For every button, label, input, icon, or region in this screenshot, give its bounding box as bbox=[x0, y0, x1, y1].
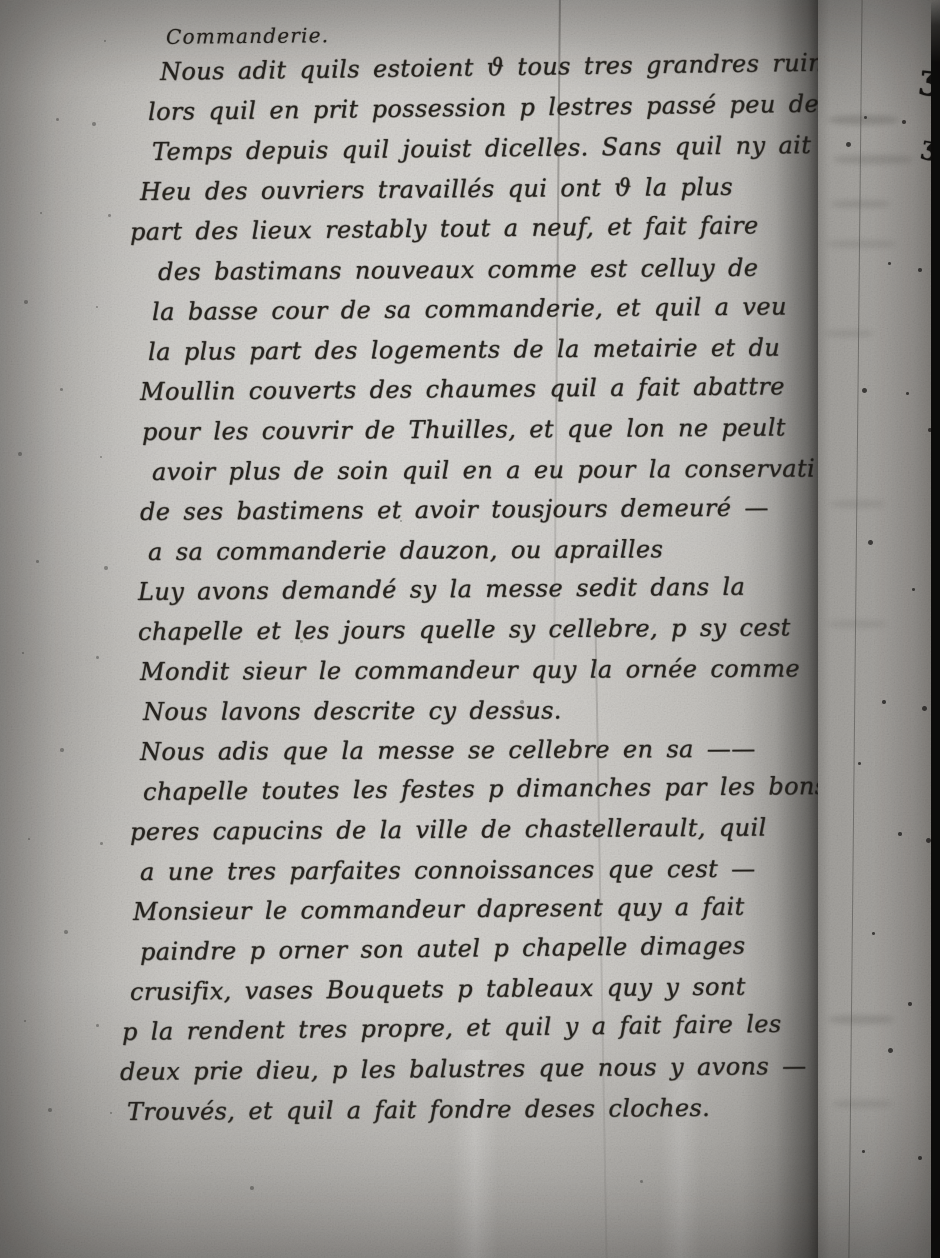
ink-speck bbox=[918, 268, 922, 272]
manuscript-line: la basse cour de sa commanderie, et quil… bbox=[152, 294, 787, 324]
manuscript-line: Nous adit quils estoient ϑ tous tres gra… bbox=[160, 50, 852, 84]
manuscript-line: peres capucins de la ville de chasteller… bbox=[130, 816, 767, 844]
manuscript-line: Nous adis que la messe se cellebre en sa… bbox=[140, 737, 756, 764]
bleedthrough-smudge bbox=[824, 330, 874, 337]
manuscript-line: Nous lavons descrite cy dessus. bbox=[143, 699, 562, 724]
bleedthrough-smudge bbox=[828, 115, 898, 125]
ink-speck bbox=[882, 700, 886, 704]
bleedthrough-smudge bbox=[828, 1015, 894, 1024]
ink-speck bbox=[888, 1048, 893, 1053]
manuscript-line: part des lieux restably tout a neuf, et … bbox=[130, 213, 759, 244]
manuscript-line: lors quil en prit possession p lestres p… bbox=[148, 92, 819, 124]
adjacent-page-edge: ʒ ʒ bbox=[818, 0, 940, 1258]
manuscript-line: des bastimans nouveaux comme est celluy … bbox=[158, 256, 759, 284]
ink-speck bbox=[888, 262, 891, 265]
bleedthrough-smudge bbox=[827, 620, 887, 628]
ink-speck bbox=[918, 1156, 922, 1160]
manuscript-line: Temps depuis quil jouist dicelles. Sans … bbox=[152, 133, 811, 164]
manuscript-line: la plus part des logements de la metairi… bbox=[148, 336, 780, 364]
ink-speck bbox=[912, 588, 915, 591]
ink-speck bbox=[862, 388, 867, 393]
bleedthrough-smudge bbox=[826, 240, 896, 248]
manuscript-line: chapelle toutes les festes p dimanches p… bbox=[143, 774, 828, 804]
ink-speck bbox=[908, 1002, 912, 1006]
paper-crack-line bbox=[848, 0, 862, 1258]
manuscript-photo: Commanderie. Nous adit quils estoient ϑ … bbox=[0, 0, 940, 1258]
manuscript-line: Luy avons demandé sy la messe sedit dans… bbox=[138, 575, 745, 604]
manuscript-line: crusifix, vases Bouquets p tableaux quy … bbox=[130, 975, 746, 1004]
ink-speck bbox=[868, 540, 873, 545]
manuscript-line: Trouvés, et quil a fait fondre deses clo… bbox=[127, 1096, 710, 1124]
ink-speck bbox=[898, 832, 902, 836]
ink-speck bbox=[922, 706, 927, 711]
manuscript-line: p la rendent tres propre, et quil y a fa… bbox=[122, 1012, 782, 1044]
manuscript-line: de ses bastimens et avoir tousjours deme… bbox=[140, 496, 769, 524]
manuscript-line: pour les couvrir de Thuilles, et que lon… bbox=[142, 416, 786, 444]
bleedthrough-smudge bbox=[832, 1100, 892, 1108]
manuscript-line: deux prie dieu, p les balustres que nous… bbox=[120, 1054, 807, 1084]
manuscript-line: Mondit sieur le commandeur quy la ornée … bbox=[140, 657, 800, 684]
ink-speck bbox=[906, 392, 909, 395]
bleedthrough-smudge bbox=[833, 155, 913, 164]
manuscript-line: Heu des ouvriers travaillés qui ont ϑ la… bbox=[140, 175, 733, 204]
bleedthrough-smudge bbox=[830, 200, 890, 208]
ink-speck bbox=[872, 932, 875, 935]
manuscript-line: chapelle et les jours quelle sy cellebre… bbox=[138, 615, 791, 644]
manuscript-line: avoir plus de soin quil en a eu pour la … bbox=[152, 457, 815, 484]
ink-speck bbox=[858, 762, 861, 765]
manuscript-line: Moullin couverts des chaumes quil a fait… bbox=[140, 374, 785, 404]
ink-speck bbox=[862, 1150, 865, 1153]
manuscript-line: paindre p orner son autel p chapelle dim… bbox=[140, 934, 746, 964]
ink-speck bbox=[846, 142, 851, 147]
manuscript-line: Monsieur le commandeur dapresent quy a f… bbox=[133, 895, 745, 924]
photo-right-edge bbox=[931, 0, 940, 1258]
manuscript-line: a une tres parfaites connoissances que c… bbox=[140, 857, 756, 884]
manuscript-text: Nous adit quils estoient ϑ tous tres gra… bbox=[0, 0, 940, 1258]
bleedthrough-smudge bbox=[830, 500, 885, 508]
ink-speck bbox=[902, 120, 906, 124]
manuscript-line: a sa commanderie dauzon, ou aprailles bbox=[148, 537, 663, 564]
